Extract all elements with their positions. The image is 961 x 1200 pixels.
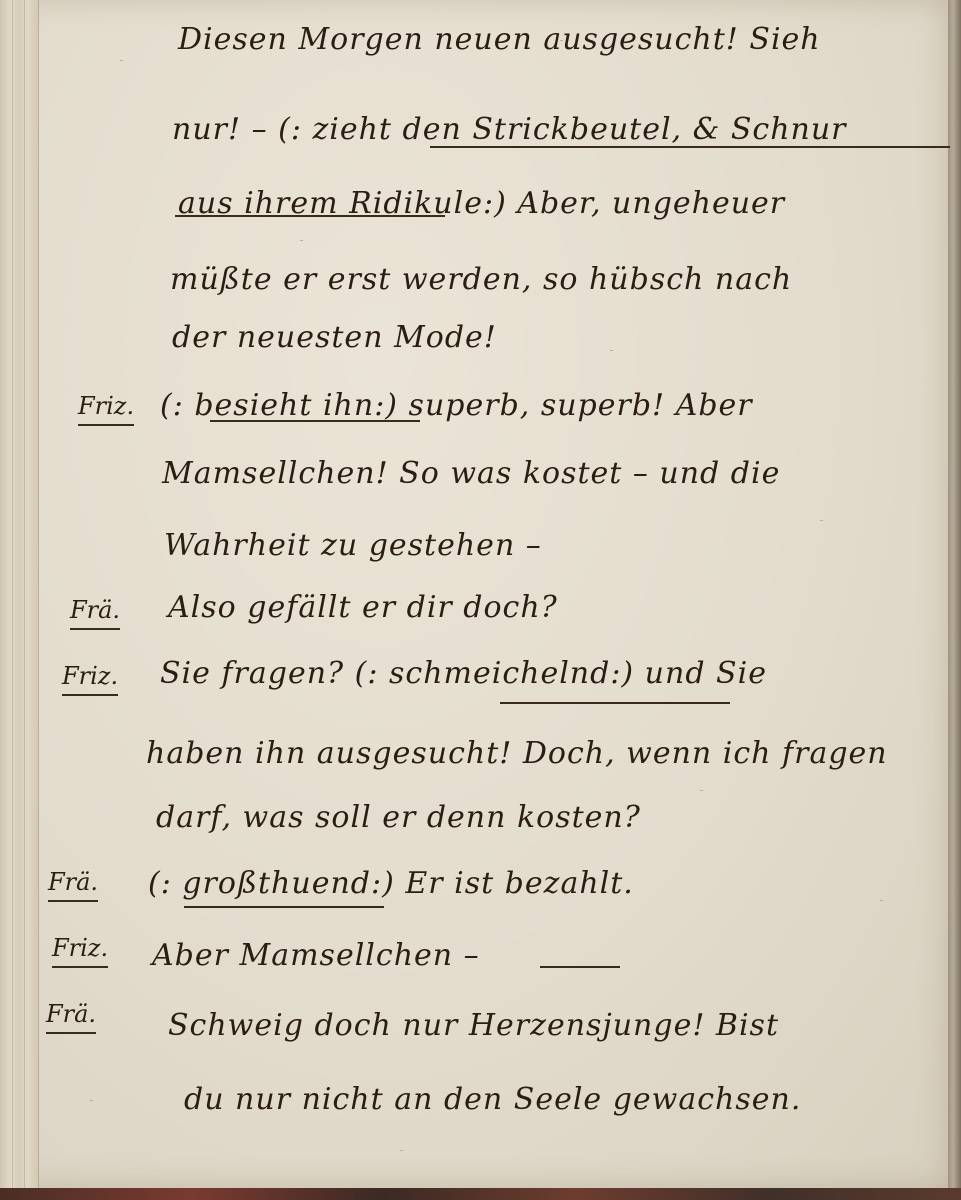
underline-stroke [184,906,384,908]
speaker-label: Frä. [46,1000,96,1034]
text-line: (: besieht ihn:) superb, superb! Aber [160,388,753,423]
text-line: müßte er erst werden, so hübsch nach [170,262,792,297]
speaker-label: Friz. [52,934,108,968]
underline-stroke [430,146,950,148]
dash-stroke [540,966,620,968]
speaker-label: Friz. [62,662,118,696]
underline-stroke [175,215,445,217]
text-line: Aber Mamsellchen – [152,938,480,973]
underline-stroke [210,420,420,422]
text-line: du nur nicht an den Seele gewachsen. [184,1082,801,1117]
text-line: Wahrheit zu gestehen – [164,528,542,563]
speaker-label: Frä. [48,868,98,902]
book-cover-edge [0,1188,961,1200]
underline-stroke [500,702,730,704]
text-line: (: großthuend:) Er ist bezahlt. [148,866,634,901]
text-line: nur! – (: zieht den Strickbeutel, & Schn… [172,112,847,147]
speaker-label: Frä. [70,596,120,630]
text-line: darf, was soll er denn kosten? [156,800,641,835]
text-line: Sie fragen? (: schmeichelnd:) und Sie [160,656,767,691]
text-line: Diesen Morgen neuen ausgesucht! Sieh [178,22,821,57]
text-line: haben ihn ausgesucht! Doch, wenn ich fra… [146,736,888,771]
text-line: Mamsellchen! So was kostet – und die [162,456,780,491]
speaker-label: Friz. [78,392,134,426]
binding-gutter [0,0,39,1188]
text-line: Also gefällt er dir doch? [168,590,558,625]
text-line: Schweig doch nur Herzensjunge! Bist [168,1008,779,1043]
page-edge-right [948,0,961,1200]
text-line: der neuesten Mode! [172,320,497,355]
